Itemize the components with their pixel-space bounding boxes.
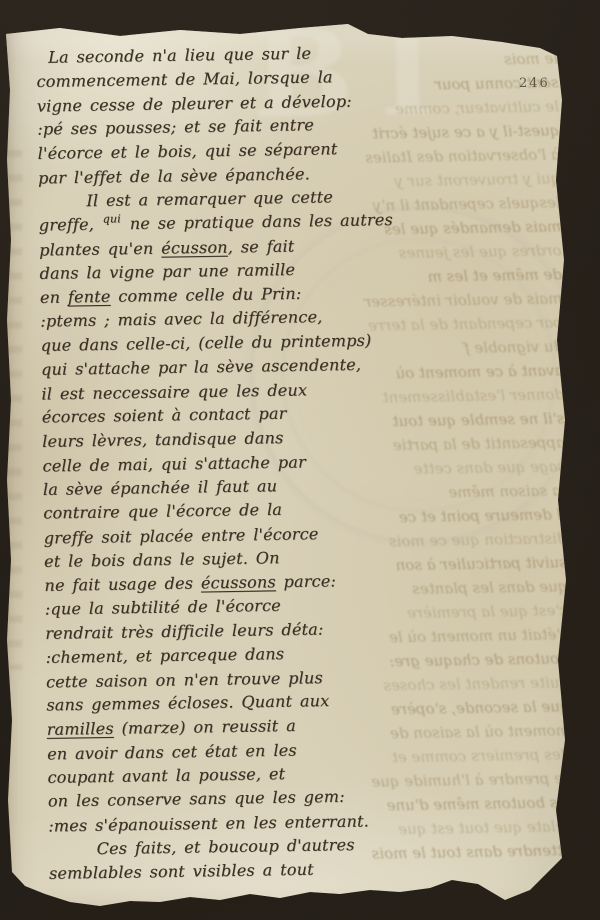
- manuscript-text: La seconde n'a lieu que sur lecommenceme…: [36, 41, 397, 886]
- manuscript-line: semblables sont visibles a tout: [49, 856, 397, 885]
- bleedthrough-left-margin: [7, 150, 22, 670]
- interlinear-insertion: qui: [102, 207, 121, 231]
- paper-sheet: BI le moissont connu pourle cultivateur,…: [0, 0, 600, 920]
- page-number: 246: [519, 76, 550, 91]
- manuscript-scan: BI le moissont connu pourle cultivateur,…: [0, 0, 600, 920]
